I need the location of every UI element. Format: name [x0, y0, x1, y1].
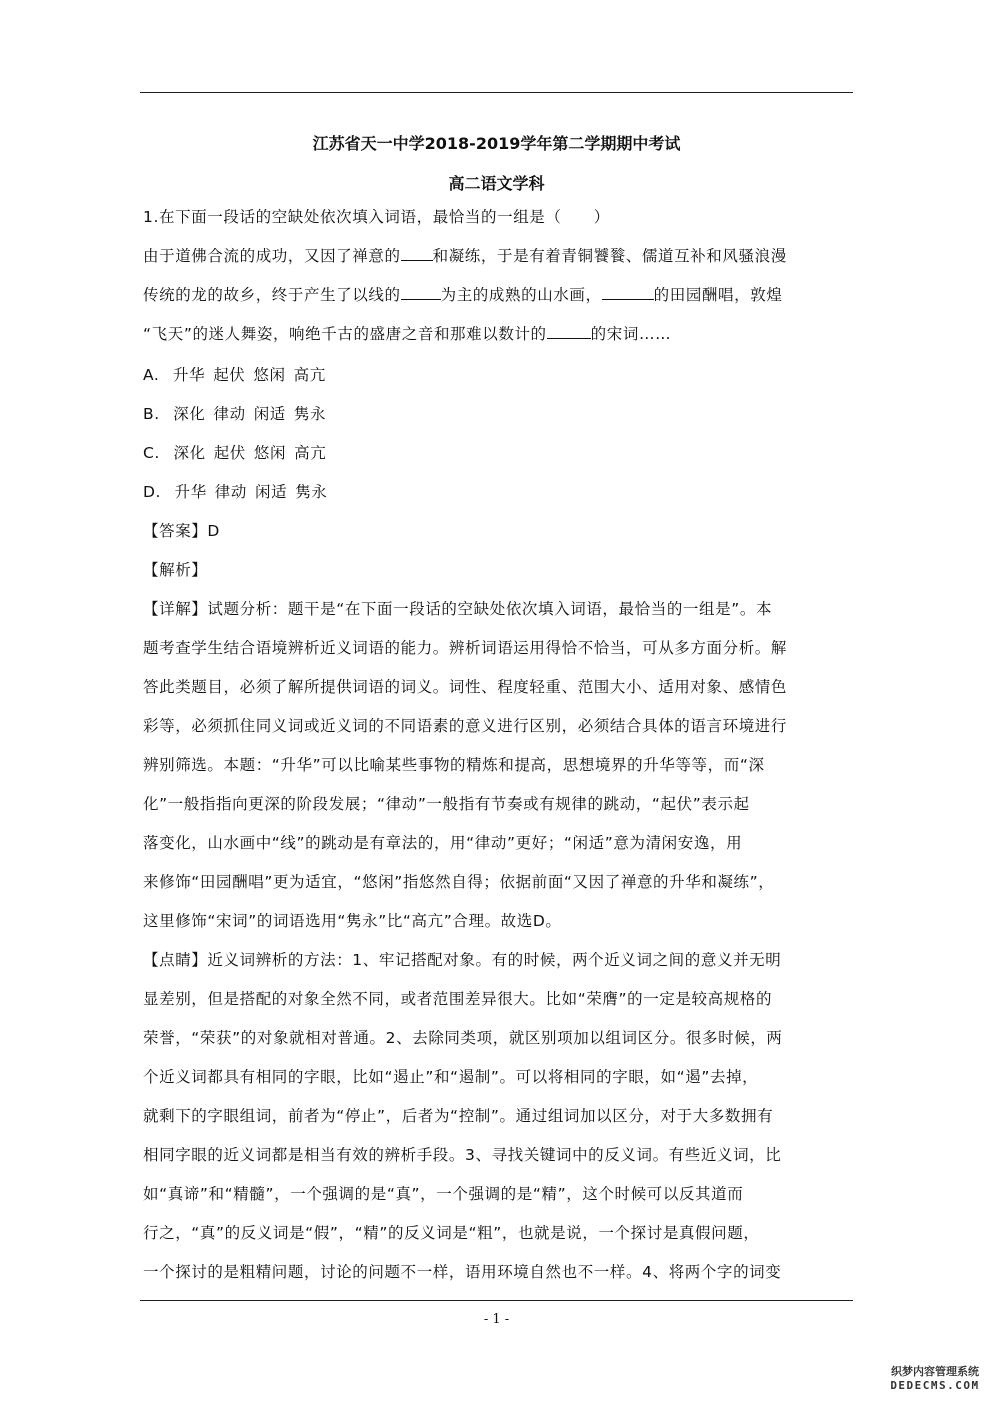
option-word: 升华 — [173, 366, 205, 384]
option-word: 深化 — [173, 444, 205, 462]
tip-line: 行之，“真”的反义词是“假”，“精”的反义词是“粗”，也就是说，一个探讨是真假问… — [143, 1223, 855, 1243]
detail-line: 来修饰“田园酬唱”更为适宜，“悠闲”指悠然自得；依据前面“又因了禅意的升华和凝练… — [143, 872, 855, 892]
detail-line: 辨别筛选。本题：“升华”可以比喻某些事物的精炼和提高，思想境界的升华等等，而“深 — [143, 755, 855, 775]
passage-text: 的田园酬唱，敦煌 — [654, 286, 783, 304]
detail-line: 答此类题目，必须了解所提供词语的词义。词性、程度轻重、范围大小、适用对象、感情色 — [143, 677, 855, 697]
detail-line: 题考查学生结合语境辨析近义词语的能力。辨析词语运用得恰不恰当，可从多方面分析。解 — [143, 638, 855, 658]
tip-line: 相同字眼的近义词都是相当有效的辨析手段。3、寻找关键词中的反义词。有些近义词，比 — [143, 1145, 855, 1165]
header-rule — [140, 92, 853, 93]
watermark-logo: 织梦内容管理系统 DEDECMS.COM — [882, 1365, 988, 1393]
fill-blank-4 — [547, 324, 591, 339]
page-number: - 1 - — [140, 1312, 853, 1327]
option-label: B. — [143, 405, 160, 423]
fill-blank-3 — [602, 285, 654, 300]
detail-line: 【详解】试题分析：题干是“在下面一段话的空缺处依次填入词语，最恰当的一组是”。本 — [143, 599, 855, 619]
passage-text: 由于道佛合流的成功，又因了禅意的 — [143, 247, 401, 265]
option-word: 高亢 — [294, 444, 326, 462]
watermark-en: DEDECMS.COM — [882, 1379, 988, 1393]
option-word: 升华 — [175, 483, 207, 501]
tip-line: 显差别，但是搭配的对象全然不同，或者范围差异很大。比如“荣膺”的一定是较高规格的 — [143, 989, 855, 1009]
option-word: 起伏 — [214, 444, 246, 462]
passage-text: 传统的龙的故乡，终于产生了以线的 — [143, 286, 401, 304]
answer-line: 【答案】D — [143, 521, 855, 541]
option-c: C. 深化起伏悠闲高亢 — [143, 443, 855, 463]
tip-line: 个近义词都具有相同的字眼，比如“遏止”和“遏制”。可以将相同的字眼，如“遏”去掉… — [143, 1067, 855, 1087]
option-label: C. — [143, 444, 160, 462]
detail-line: 彩等，必须抓住同义词或近义词的不同语素的意义进行区别，必须结合具体的语言环境进行 — [143, 716, 855, 736]
detail-line: 这里修饰“宋词”的词语选用“隽永”比“高亢”合理。故选D。 — [143, 911, 855, 931]
option-b: B. 深化律动闲适隽永 — [143, 404, 855, 424]
passage-line-2: 传统的龙的故乡，终于产生了以线的为主的成熟的山水画，的田园酬唱，敦煌 — [143, 285, 855, 305]
tip-line: 一个探讨的是粗精问题，讨论的问题不一样，语用环境自然也不一样。4、将两个字的词变 — [143, 1262, 855, 1282]
option-word: 悠闲 — [254, 444, 286, 462]
passage-line-3: “飞天”的迷人舞姿，响绝千古的盛唐之音和那难以数计的的宋词…… — [143, 324, 855, 344]
fill-blank-2 — [401, 285, 441, 300]
option-d: D. 升华律动闲适隽永 — [143, 482, 855, 502]
analysis-header: 【解析】 — [143, 560, 855, 580]
option-word: 悠闲 — [253, 366, 285, 384]
tip-line: 荣誉，“荣获”的对象就相对普通。2、去除同类项，就区别项加以组词区分。很多时候，… — [143, 1028, 855, 1048]
document-subtitle: 高二语文学科 — [140, 171, 853, 194]
tip-line: 如“真谛”和“精髓”，一个强调的是“真”，一个强调的是“精”，这个时候可以反其道… — [143, 1184, 855, 1204]
option-word: 起伏 — [213, 366, 245, 384]
detail-line: 化”一般指指向更深的阶段发展；“律动”一般指有节奏或有规律的跳动，“起伏”表示起 — [143, 794, 855, 814]
option-word: 隽永 — [294, 405, 326, 423]
option-word: 深化 — [173, 405, 205, 423]
watermark-cn: 织梦内容管理系统 — [882, 1365, 988, 1379]
option-word: 律动 — [214, 405, 246, 423]
detail-line: 落变化，山水画中“线”的跳动是有章法的，用“律动”更好；“闲适”意为清闲安逸，用 — [143, 833, 855, 853]
option-a: A. 升华起伏悠闲高亢 — [143, 365, 855, 385]
footer-rule — [140, 1300, 853, 1301]
passage-text: 的宋词…… — [591, 325, 672, 343]
document-title: 江苏省天一中学2018-2019学年第二学期期中考试 — [140, 131, 853, 154]
option-label: A. — [143, 366, 159, 384]
passage-text: “飞天”的迷人舞姿，响绝千古的盛唐之音和那难以数计的 — [143, 325, 547, 343]
option-word: 律动 — [215, 483, 247, 501]
option-word: 闲适 — [254, 405, 286, 423]
option-label: D. — [143, 483, 161, 501]
question-stem: 1.在下面一段话的空缺处依次填入词语，最恰当的一组是（ ） — [143, 207, 855, 227]
passage-text: 和凝练，于是有着青铜饕餮、儒道互补和风骚浪漫 — [433, 247, 787, 265]
option-word: 闲适 — [255, 483, 287, 501]
option-word: 隽永 — [295, 483, 327, 501]
passage-text: 为主的成熟的山水画， — [441, 286, 602, 304]
option-word: 高亢 — [294, 366, 326, 384]
passage-line-1: 由于道佛合流的成功，又因了禅意的和凝练，于是有着青铜饕餮、儒道互补和风骚浪漫 — [143, 246, 855, 266]
fill-blank-1 — [401, 246, 433, 261]
tip-line: 【点睛】近义词辨析的方法：1、牢记搭配对象。有的时候，两个近义词之间的意义并无明 — [143, 950, 855, 970]
tip-line: 就剩下的字眼组词，前者为“停止”，后者为“控制”。通过组词加以区分，对于大多数拥… — [143, 1106, 855, 1126]
